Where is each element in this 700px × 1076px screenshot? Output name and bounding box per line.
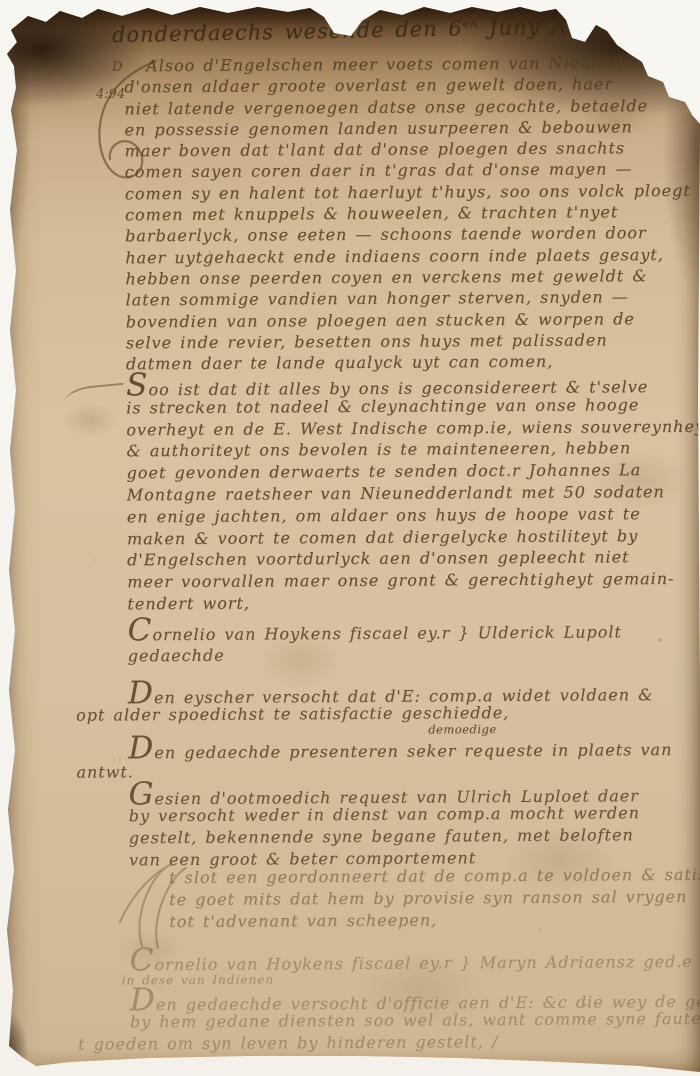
manuscript-line: te goet mits dat hem by provisie syn ran… xyxy=(169,886,692,911)
manuscript-line: tendert wort, xyxy=(127,590,690,615)
manuscript-line: gedaechde xyxy=(128,640,691,669)
manuscript-line: t slot een geordonneert dat de comp.a te… xyxy=(169,864,692,889)
manuscript-line: datmen daer te lande qualyck uyt can com… xyxy=(126,350,689,375)
manuscript-line: Den gedaechde presenteren seker requeste… xyxy=(128,734,691,760)
section-case-fiscael-vs-adriaensen: Cornelio van Hoykens fiscael ey.r } Mary… xyxy=(130,946,694,1055)
section-case-fiscael-vs-lupolt-request: Gesien d'ootmoedich request van Ulrich L… xyxy=(128,780,692,871)
section-case-fiscael-vs-lupolt-order: t slot een geordonneert dat de comp.a te… xyxy=(129,864,692,933)
manuscript-line: t goeden om syn leven by hinderen gestel… xyxy=(78,1030,693,1056)
section-resolution-english-encroachment: Alsoo d'Engelschen meer voets comen van … xyxy=(124,52,689,375)
section-case-fiscael-vs-lupolt-demand: Den eyscher versocht dat d'E: comp.a wid… xyxy=(128,679,691,726)
manuscript-sections: Alsoo d'Engelschen meer voets comen van … xyxy=(0,0,700,1076)
section-resolution-send-la-montagne: Soo ist dat dit alles by ons is geconsid… xyxy=(126,372,690,615)
manuscript-line: tot t'advenant van scheepen, xyxy=(169,908,692,933)
manuscript-line: Cornelio van Hoykens fiscael ey.r } Ulde… xyxy=(127,614,690,643)
scan-background: donderdaechs wesende den 6en Juny Ao 164… xyxy=(0,0,700,1076)
heading-anno-superscript: o xyxy=(567,15,575,28)
section-case-fiscael-vs-lupolt-answer: demoedigeDen gedaechde presenteren seker… xyxy=(128,722,691,783)
section-case-fiscael-vs-lupolt-header: Cornelio van Hoykens fiscael ey.r } Ulde… xyxy=(127,614,690,669)
manuscript-page: donderdaechs wesende den 6en Juny Ao 164… xyxy=(0,0,700,1076)
